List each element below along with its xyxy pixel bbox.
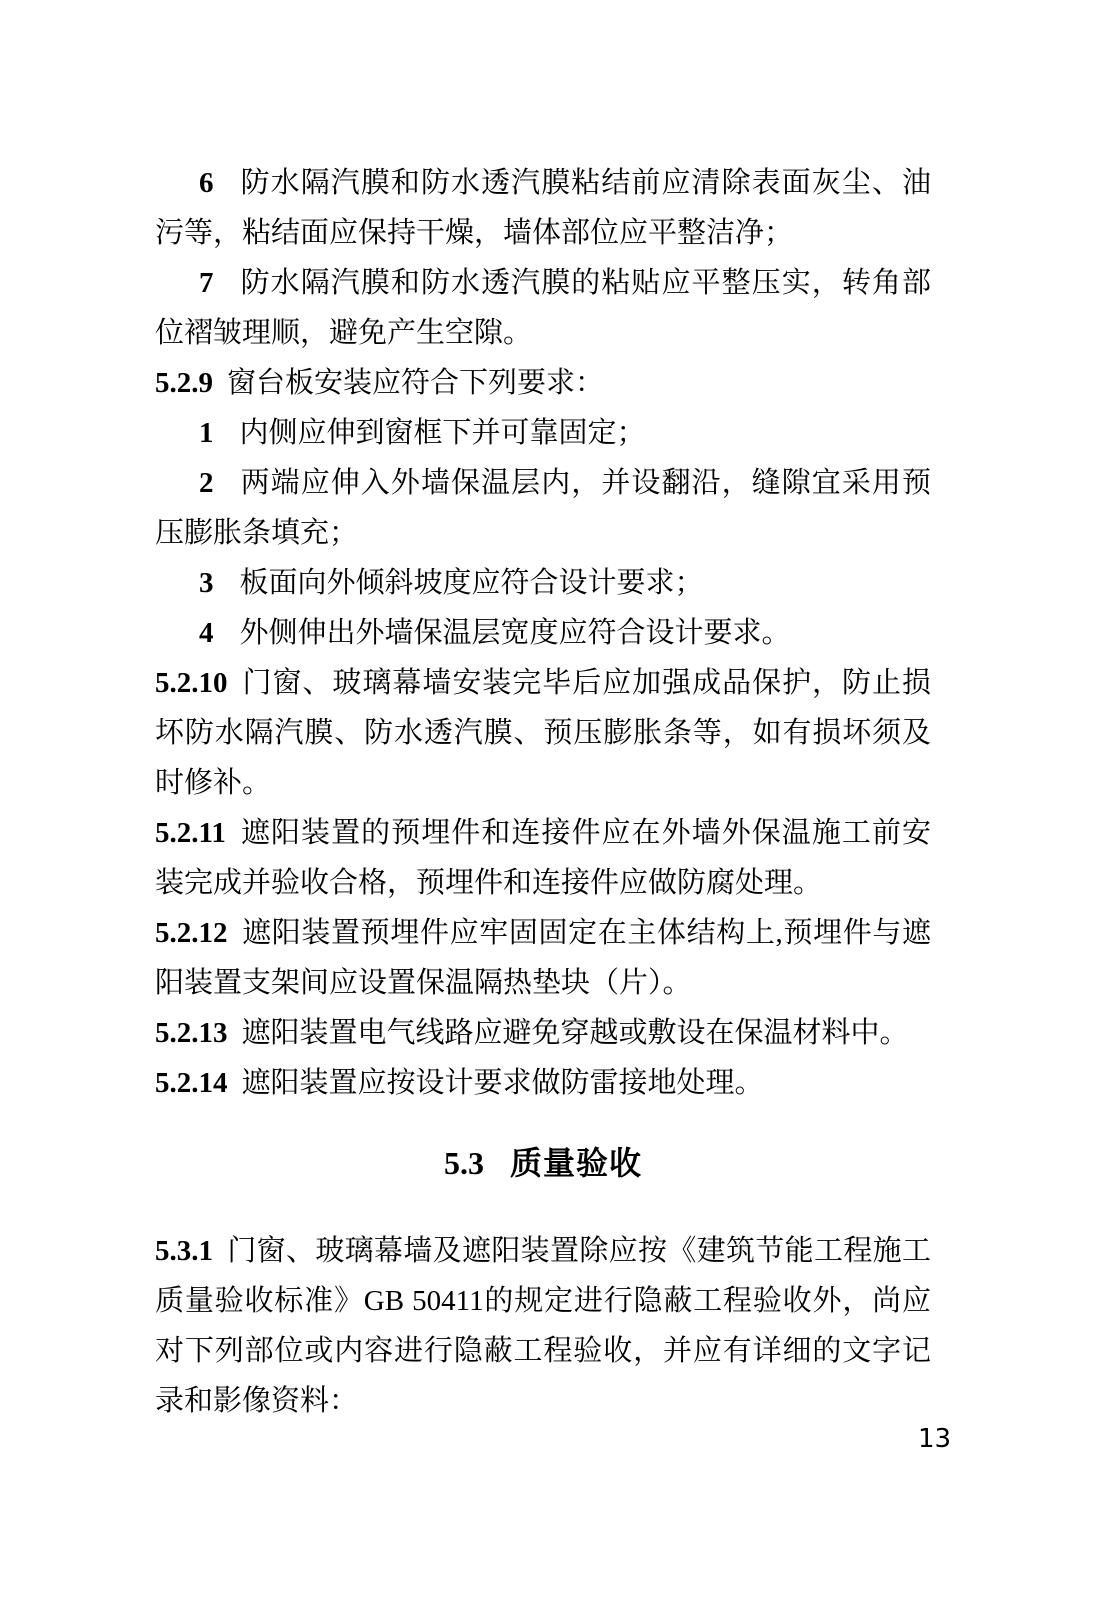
- paragraph-number: 5.2.9: [155, 367, 213, 399]
- document-body: 6防水隔汽膜和防水透汽膜粘结前应清除表面灰尘、油污等，粘结面应保持干燥，墙体部位…: [155, 158, 931, 1426]
- clause-5.2.10: 5.2.10门窗、玻璃幕墙安装完毕后应加强成品保护，防止损坏防水隔汽膜、防水透汽…: [155, 658, 931, 808]
- paragraph-text: 窗台板安装应符合下列要求：: [227, 367, 604, 399]
- paragraph-number: 2: [199, 467, 214, 499]
- paragraph-number: 5.2.10: [155, 667, 228, 699]
- paragraph-number: 5.2.14: [155, 1067, 228, 1099]
- paragraph-text: 两端应伸入外墙保温层内，并设翻沿，缝隙宜采用预压膨胀条填充；: [155, 467, 931, 549]
- paragraph-number: 5.2.12: [155, 917, 228, 949]
- clause-5.2.13: 5.2.13遮阳装置电气线路应避免穿越或敷设在保温材料中。: [155, 1008, 931, 1058]
- list-item-3: 3板面向外倾斜坡度应符合设计要求；: [155, 558, 931, 608]
- list-item-4: 4外侧伸出外墙保温层宽度应符合设计要求。: [155, 608, 931, 658]
- clause-5.2.11: 5.2.11遮阳装置的预埋件和连接件应在外墙外保温施工前安装完成并验收合格，预埋…: [155, 808, 931, 908]
- paragraph-number: 3: [199, 567, 214, 599]
- heading-title: 质量验收: [510, 1144, 642, 1182]
- paragraph-text: 防水隔汽膜和防水透汽膜粘结前应清除表面灰尘、油污等，粘结面应保持干燥，墙体部位应…: [155, 167, 931, 249]
- paragraph-text: 门窗、玻璃幕墙安装完毕后应加强成品保护，防止损坏防水隔汽膜、防水透汽膜、预压膨胀…: [155, 667, 931, 799]
- paragraph-number: 4: [199, 617, 214, 649]
- paragraph-text: 遮阳装置预埋件应牢固固定在主体结构上,预埋件与遮阳装置支架间应设置保温隔热垫块（…: [155, 917, 931, 999]
- list-item-2: 2两端应伸入外墙保温层内，并设翻沿，缝隙宜采用预压膨胀条填充；: [155, 458, 931, 558]
- paragraph-text: 遮阳装置应按设计要求做防雷接地处理。: [242, 1067, 764, 1099]
- clause-5.2.9: 5.2.9窗台板安装应符合下列要求：: [155, 358, 931, 408]
- clause-5.2.12: 5.2.12遮阳装置预埋件应牢固固定在主体结构上,预埋件与遮阳装置支架间应设置保…: [155, 908, 931, 1008]
- paragraph-text: 遮阳装置的预埋件和连接件应在外墙外保温施工前安装完成并验收合格，预埋件和连接件应…: [155, 817, 931, 899]
- document-page: 6防水隔汽膜和防水透汽膜粘结前应清除表面灰尘、油污等，粘结面应保持干燥，墙体部位…: [0, 0, 1103, 1599]
- section-heading-5.3: 5.3质量验收: [155, 1138, 931, 1188]
- paragraph-number: 5.2.11: [155, 817, 226, 849]
- clause-5.2.14: 5.2.14遮阳装置应按设计要求做防雷接地处理。: [155, 1058, 931, 1108]
- list-item-7: 7防水隔汽膜和防水透汽膜的粘贴应平整压实，转角部位褶皱理顺，避免产生空隙。: [155, 258, 931, 358]
- list-item-1: 1内侧应伸到窗框下并可靠固定；: [155, 408, 931, 458]
- paragraph-text: 外侧伸出外墙保温层宽度应符合设计要求。: [240, 617, 791, 649]
- page-number: 13: [918, 1424, 951, 1454]
- paragraph-text: 门窗、玻璃幕墙及遮阳装置除应按《建筑节能工程施工质量验收标准》GB 50411的…: [155, 1235, 931, 1417]
- heading-number: 5.3: [444, 1145, 484, 1181]
- paragraph-number: 7: [199, 267, 214, 299]
- list-item-6: 6防水隔汽膜和防水透汽膜粘结前应清除表面灰尘、油污等，粘结面应保持干燥，墙体部位…: [155, 158, 931, 258]
- paragraph-text: 板面向外倾斜坡度应符合设计要求；: [240, 567, 704, 599]
- paragraph-text: 防水隔汽膜和防水透汽膜的粘贴应平整压实，转角部位褶皱理顺，避免产生空隙。: [155, 267, 931, 349]
- paragraph-number: 6: [199, 167, 214, 199]
- paragraph-number: 1: [199, 417, 214, 449]
- paragraph-number: 5.3.1: [155, 1235, 213, 1267]
- paragraph-number: 5.2.13: [155, 1017, 228, 1049]
- paragraph-text: 内侧应伸到窗框下并可靠固定；: [240, 417, 646, 449]
- clause-5.3.1: 5.3.1门窗、玻璃幕墙及遮阳装置除应按《建筑节能工程施工质量验收标准》GB 5…: [155, 1226, 931, 1426]
- paragraph-text: 遮阳装置电气线路应避免穿越或敷设在保温材料中。: [242, 1017, 909, 1049]
